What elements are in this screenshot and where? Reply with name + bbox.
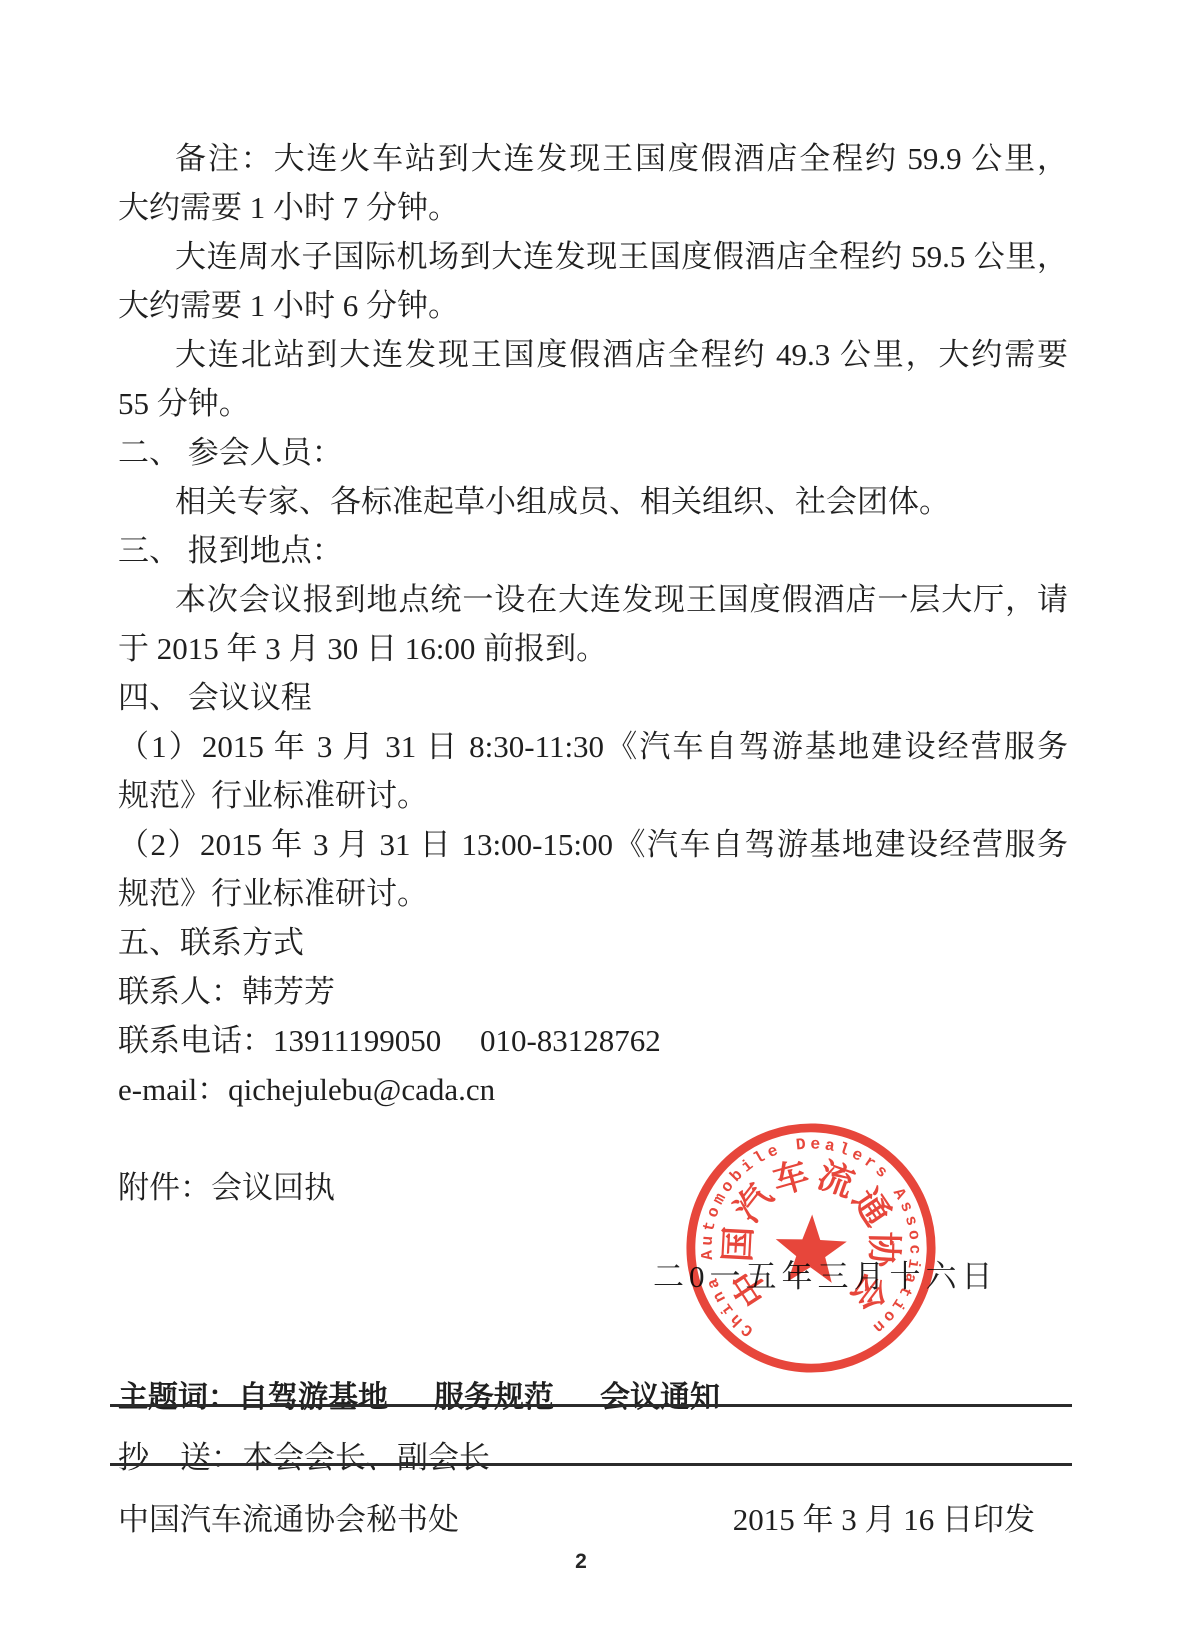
keywords-row: 主题词：自驾游基地 服务规范会议通知	[118, 1372, 720, 1416]
official-seal-stamp: China Automobile Dealers Association 中 国…	[679, 1116, 944, 1381]
body-line: （2）2015 年 3 月 31 日 13:00-15:00《汽车自驾游基地建设…	[118, 820, 1068, 869]
body-line: 规范》行业标准研讨。	[118, 771, 1068, 820]
document-page: 备注：大连火车站到大连发现王国度假酒店全程约 59.9 公里，大约需要 1 小时…	[0, 0, 1186, 1628]
keywords-label: 主题词：自驾游基地	[118, 1372, 388, 1416]
body-line: 二、 参会人员：	[118, 428, 1068, 477]
body-line: 联系电话：13911199050 010-83128762	[118, 1016, 1068, 1065]
star-icon	[774, 1213, 847, 1283]
body-line: 于 2015 年 3 月 30 日 16:00 前报到。	[118, 624, 1068, 673]
page-number: 2	[556, 1550, 606, 1574]
keyword-item: 会议通知	[600, 1372, 720, 1416]
svg-text:协: 协	[864, 1231, 905, 1269]
body-line: 大约需要 1 小时 7 分钟。	[118, 183, 1068, 232]
body-line: 三、 报到地点：	[118, 526, 1068, 575]
body-line: 联系人：韩芳芳	[118, 967, 1068, 1016]
footer-issuer: 中国汽车流通协会秘书处	[118, 1494, 459, 1539]
body-line: 55 分钟。	[118, 379, 1068, 428]
svg-text:车: 车	[768, 1154, 813, 1202]
body-line: 大连周水子国际机场到大连发现王国度假酒店全程约 59.5 公里，	[118, 232, 1068, 281]
body-line: 四、 会议议程	[118, 673, 1068, 722]
body-line: e-mail：qichejulebu@cada.cn	[118, 1065, 1068, 1114]
document-body: 备注：大连火车站到大连发现王国度假酒店全程约 59.9 公里，大约需要 1 小时…	[118, 134, 1068, 1114]
keywords-items: 服务规范会议通知	[434, 1372, 720, 1416]
keywords-divider	[110, 1404, 1072, 1407]
cc-row: 抄 送：本会会长、副会长	[118, 1432, 490, 1477]
body-line: 相关专家、各标准起草小组成员、相关组织、社会团体。	[118, 477, 1068, 526]
body-line: 大约需要 1 小时 6 分钟。	[118, 281, 1068, 330]
body-line: 五、联系方式	[118, 918, 1068, 967]
body-line: （1）2015 年 3 月 31 日 8:30-11:30《汽车自驾游基地建设经…	[118, 722, 1068, 771]
footer-print-date: 2015 年 3 月 16 日印发	[733, 1494, 1035, 1539]
body-line: 本次会议报到地点统一设在大连发现王国度假酒店一层大厅，请	[118, 575, 1068, 624]
body-line: 规范》行业标准研讨。	[118, 869, 1068, 918]
body-line: 大连北站到大连发现王国度假酒店全程约 49.3 公里，大约需要	[118, 330, 1068, 379]
svg-text:汽: 汽	[727, 1176, 781, 1229]
keyword-item: 服务规范	[434, 1372, 554, 1416]
cc-divider	[110, 1463, 1072, 1466]
attachment-line: 附件：会议回执	[118, 1163, 335, 1212]
body-line: 备注：大连火车站到大连发现王国度假酒店全程约 59.9 公里，	[118, 134, 1068, 183]
svg-text:国: 国	[717, 1225, 759, 1262]
